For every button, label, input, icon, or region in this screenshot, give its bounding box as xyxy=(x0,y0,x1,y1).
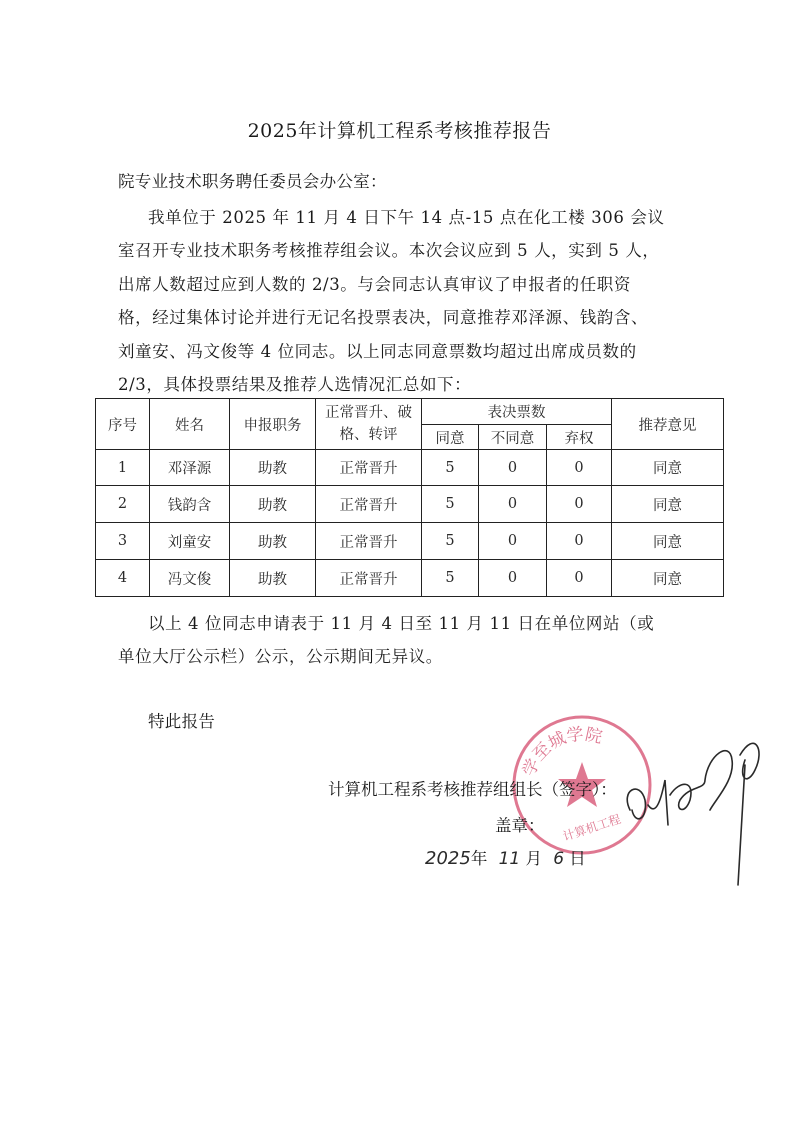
header-no: 序号 xyxy=(96,399,150,450)
closing-text: 特此报告 xyxy=(148,708,215,732)
cell-no: 3 xyxy=(96,523,150,560)
date-line: 2025年 11 月 6 日 xyxy=(425,845,586,869)
header-abstain: 弃权 xyxy=(547,425,612,450)
svg-text:学至城学院: 学至城学院 xyxy=(519,724,604,779)
date-year: 2025 xyxy=(425,848,471,869)
date-month-suffix: 月 xyxy=(525,849,542,868)
cell-no: 4 xyxy=(96,560,150,597)
body-line: 室召开专业技术职务考核推荐组会议。本次会议应到 5 人，实到 5 人， xyxy=(118,237,659,261)
date-month: 11 xyxy=(499,849,521,869)
cell-opinion: 同意 xyxy=(612,486,724,523)
vote-results-table: 序号 姓名 申报职务 正常晋升、破格、转评 表决票数 推荐意见 同意 不同意 弃… xyxy=(95,398,724,597)
table-row: 1 邓泽源 助教 正常晋升 5 0 0 同意 xyxy=(96,450,724,486)
publicity-line: 单位大厅公示栏）公示，公示期间无异议。 xyxy=(118,643,443,667)
header-disagree: 不同意 xyxy=(479,425,547,450)
cell-type: 正常晋升 xyxy=(316,486,422,523)
cell-agree: 5 xyxy=(422,523,479,560)
header-agree: 同意 xyxy=(422,425,479,450)
cell-no: 2 xyxy=(96,486,150,523)
cell-disagree: 0 xyxy=(479,450,547,486)
header-promotion-type: 正常晋升、破格、转评 xyxy=(316,399,422,450)
cell-type: 正常晋升 xyxy=(316,523,422,560)
cell-name: 刘童安 xyxy=(150,523,230,560)
cell-disagree: 0 xyxy=(479,560,547,597)
cell-name: 钱韵含 xyxy=(150,486,230,523)
signature-scribble-icon xyxy=(620,710,770,890)
cell-position: 助教 xyxy=(230,486,316,523)
cell-disagree: 0 xyxy=(479,523,547,560)
seal-text-top: 学至城学院 xyxy=(519,724,604,779)
signature-label: 计算机工程系考核推荐组组长（签字）： xyxy=(328,776,617,800)
cell-abstain: 0 xyxy=(547,523,612,560)
cell-agree: 5 xyxy=(422,560,479,597)
body-line: 格，经过集体讨论并进行无记名投票表决，同意推荐邓泽源、钱韵含、 xyxy=(118,304,648,328)
cell-name: 冯文俊 xyxy=(150,560,230,597)
cell-abstain: 0 xyxy=(547,450,612,486)
table-header-row: 序号 姓名 申报职务 正常晋升、破格、转评 表决票数 推荐意见 xyxy=(96,399,724,425)
cell-abstain: 0 xyxy=(547,560,612,597)
addressee: 院专业技术职务聘任委员会办公室： xyxy=(118,168,387,192)
seal-label: 盖章： xyxy=(495,812,545,836)
body-line: 刘童安、冯文俊等 4 位同志。以上同志同意票数均超过出席成员数的 xyxy=(118,338,637,362)
date-day-suffix: 日 xyxy=(569,849,586,868)
cell-abstain: 0 xyxy=(547,486,612,523)
header-votes-group: 表决票数 xyxy=(422,399,612,425)
body-line: 出席人数超过应到人数的 2/3。与会同志认真审议了申报者的任职资 xyxy=(118,271,631,295)
date-year-suffix: 年 xyxy=(471,849,488,868)
cell-name: 邓泽源 xyxy=(150,450,230,486)
header-opinion: 推荐意见 xyxy=(612,399,724,450)
table-row: 2 钱韵含 助教 正常晋升 5 0 0 同意 xyxy=(96,486,724,523)
cell-type: 正常晋升 xyxy=(316,560,422,597)
cell-position: 助教 xyxy=(230,560,316,597)
table-row: 3 刘童安 助教 正常晋升 5 0 0 同意 xyxy=(96,523,724,560)
body-line: 2/3，具体投票结果及推荐人选情况汇总如下： xyxy=(118,371,471,395)
cell-agree: 5 xyxy=(422,486,479,523)
cell-no: 1 xyxy=(96,450,150,486)
publicity-line: 以上 4 位同志申请表于 11 月 4 日至 11 月 11 日在单位网站（或 xyxy=(148,610,654,634)
cell-disagree: 0 xyxy=(479,486,547,523)
cell-position: 助教 xyxy=(230,450,316,486)
cell-opinion: 同意 xyxy=(612,450,724,486)
header-position: 申报职务 xyxy=(230,399,316,450)
document-title: 2025年计算机工程系考核推荐报告 xyxy=(0,116,799,143)
cell-opinion: 同意 xyxy=(612,523,724,560)
cell-agree: 5 xyxy=(422,450,479,486)
cell-type: 正常晋升 xyxy=(316,450,422,486)
table-row: 4 冯文俊 助教 正常晋升 5 0 0 同意 xyxy=(96,560,724,597)
body-line: 我单位于 2025 年 11 月 4 日下午 14 点-15 点在化工楼 306… xyxy=(148,204,665,228)
cell-position: 助教 xyxy=(230,523,316,560)
date-day: 6 xyxy=(553,849,564,869)
seal-text-bottom: 计算机工程 xyxy=(561,811,623,844)
header-name: 姓名 xyxy=(150,399,230,450)
handwritten-signature xyxy=(620,710,770,890)
cell-opinion: 同意 xyxy=(612,560,724,597)
